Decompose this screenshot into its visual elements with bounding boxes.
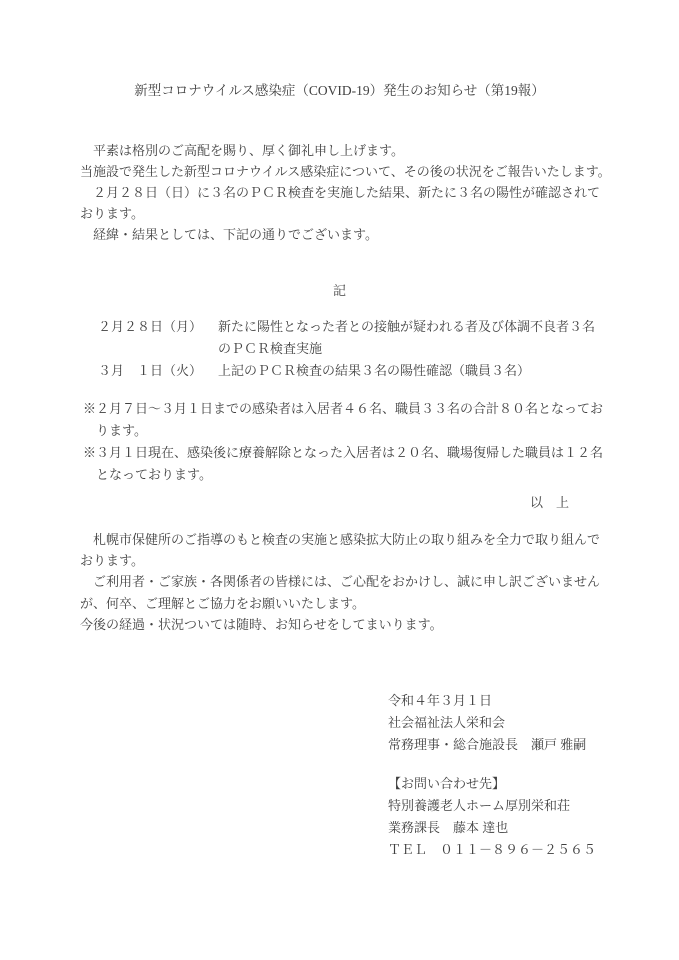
closing-line: ご利用者・ご家族・各関係者の皆様には、ご心配をおかけし、誠に申し訳ございません <box>80 571 600 592</box>
signature-organization: 社会福祉法人栄和会 <box>388 712 586 734</box>
note-line: ※２月７日～３月１日までの感染者は入居者４６名、職員３３名の合計８０名となってお <box>83 398 603 420</box>
intro-line: 平素は格別のご高配を賜り、厚く御礼申し上げます。 <box>80 140 611 161</box>
document-page: 新型コロナウイルス感染症（COVID-19）発生のお知らせ（第19報） 平素は格… <box>0 0 679 960</box>
intro-line: ２月２８日（日）に３名のＰＣＲ検査を実施した結果、新たに３名の陽性が確認されて <box>80 182 611 203</box>
record-section: ２月２８日（月） 新たに陽性となった者との接触が疑われる者及び体調不良者３名 の… <box>98 316 595 382</box>
record-row: ２月２８日（月） 新たに陽性となった者との接触が疑われる者及び体調不良者３名 <box>98 316 595 338</box>
contact-block: 【お問い合わせ先】 特別養護老人ホーム厚別栄和荘 業務課長 藤本 達也 ＴＥＬ … <box>388 773 596 861</box>
signature-person: 常務理事・総合施設長 瀬戸 雅嗣 <box>388 734 586 756</box>
closing-line: が、何卒、ご理解とご協力をお願いいたします。 <box>80 593 600 614</box>
note-line: ※３月１日現在、感染後に療養解除となった入居者は２０名、職場復帰した職員は１２名 <box>83 442 603 464</box>
closing-paragraph: 札幌市保健所のご指導のもと検査の実施と感染拡大防止の取り組みを全力で取り組んで … <box>80 529 600 635</box>
closing-line: 今後の経過・状況ついては随時、お知らせをしてまいります。 <box>80 614 600 635</box>
signature-date: 令和４年３月１日 <box>388 690 586 712</box>
record-description: のＰＣＲ検査実施 <box>218 338 322 360</box>
note-line-continuation: ります。 <box>83 420 603 442</box>
record-description: 上記のＰＣＲ検査の結果３名の陽性確認（職員３名） <box>218 360 530 382</box>
intro-line: おります。 <box>80 203 611 224</box>
contact-heading: 【お問い合わせ先】 <box>388 773 596 795</box>
record-row: ３月 １日（火） 上記のＰＣＲ検査の結果３名の陽性確認（職員３名） <box>98 360 595 382</box>
record-date: ３月 １日（火） <box>98 360 218 382</box>
contact-facility: 特別養護老人ホーム厚別栄和荘 <box>388 795 596 817</box>
record-description: 新たに陽性となった者との接触が疑われる者及び体調不良者３名 <box>218 316 595 338</box>
record-heading: 記 <box>0 280 679 299</box>
record-date: ２月２８日（月） <box>98 316 218 338</box>
record-row-continuation: のＰＣＲ検査実施 <box>98 338 595 360</box>
intro-line: 当施設で発生した新型コロナウイルス感染症について、その後の状況をご報告いたします… <box>80 161 611 182</box>
closing-line: 札幌市保健所のご指導のもと検査の実施と感染拡大防止の取り組みを全力で取り組んで <box>80 529 600 550</box>
contact-phone: ＴＥＬ ０１１－８９６－２５６５ <box>388 839 596 861</box>
closing-line: おります。 <box>80 550 600 571</box>
contact-person: 業務課長 藤本 達也 <box>388 817 596 839</box>
notes-section: ※２月７日～３月１日までの感染者は入居者４６名、職員３３名の合計８０名となってお… <box>83 398 603 486</box>
intro-line: 経緯・結果としては、下記の通りでございます。 <box>80 224 611 245</box>
note-line-continuation: となっております。 <box>83 464 603 486</box>
signature-block: 令和４年３月１日 社会福祉法人栄和会 常務理事・総合施設長 瀬戸 雅嗣 <box>388 690 586 756</box>
closing-mark: 以 上 <box>530 492 569 511</box>
intro-paragraph: 平素は格別のご高配を賜り、厚く御礼申し上げます。 当施設で発生した新型コロナウイ… <box>80 140 611 245</box>
document-title: 新型コロナウイルス感染症（COVID-19）発生のお知らせ（第19報） <box>0 79 679 99</box>
